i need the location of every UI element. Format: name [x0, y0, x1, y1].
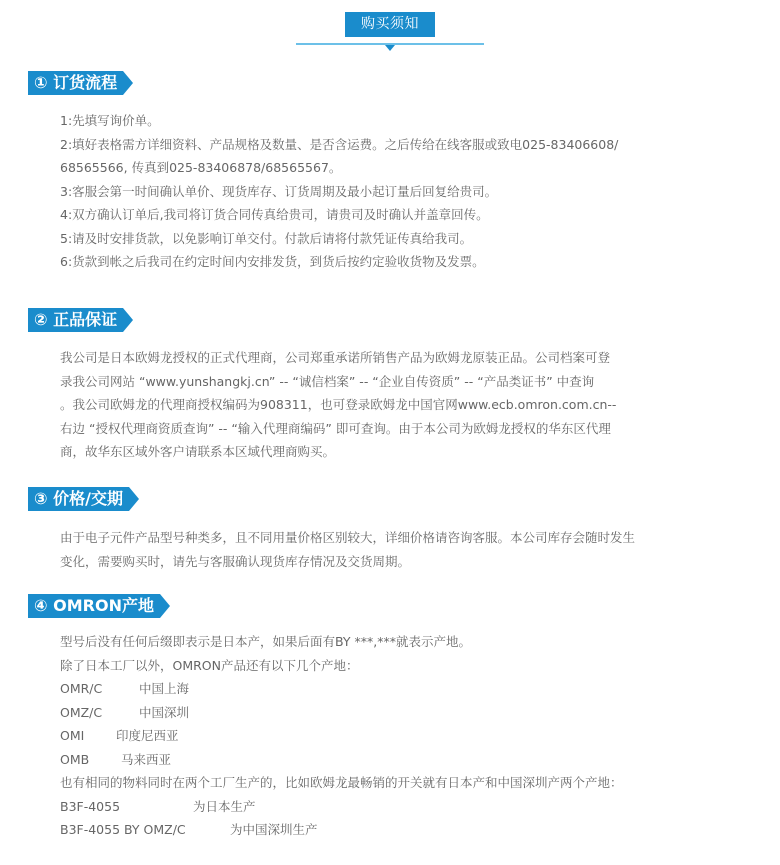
section-heading-authenticity: ② 正品保证	[28, 308, 123, 332]
section-body-authenticity: 我公司是日本欧姆龙授权的正式代理商，公司郑重承诺所销售产品为欧姆龙原装正品。公司…	[60, 346, 720, 464]
text-line: 4:双方确认订单后,我司将订货合同传真给贵司，请贵司及时确认并盖章回传。	[60, 203, 720, 227]
origin-code: OMI	[60, 724, 116, 748]
text-line: 型号后没有任何后缀即表示是日本产，如果后面有BY ***,***就表示产地。	[60, 630, 720, 654]
page-title-banner: 购买须知	[296, 12, 484, 52]
section-heading-price-delivery: ③ 价格/交期	[28, 487, 129, 511]
origin-place: 中国上海	[139, 677, 189, 701]
example-model: B3F-4055 BY OMZ/C	[60, 818, 230, 842]
section-heading-omron-origin: ④ OMRON产地	[28, 594, 160, 618]
origin-row: OMR/C中国上海	[60, 677, 720, 701]
origin-row: OMB马来西亚	[60, 748, 720, 772]
page-title: 购买须知	[345, 12, 435, 37]
section-heading-ordering-process: ① 订货流程	[28, 71, 123, 95]
text-line: 1:先填写询价单。	[60, 109, 720, 133]
text-line: 右边 “授权代理商资质查询” -- “输入代理商编码” 即可查询。由于本公司为欧…	[60, 417, 720, 441]
text-line: 变化，需要购买时，请先与客服确认现货库存情况及交货周期。	[60, 550, 720, 574]
section-body-omron-origin: 型号后没有任何后缀即表示是日本产，如果后面有BY ***,***就表示产地。 除…	[60, 630, 720, 842]
text-line: 我公司是日本欧姆龙授权的正式代理商，公司郑重承诺所销售产品为欧姆龙原装正品。公司…	[60, 346, 720, 370]
example-desc: 为中国深圳生产	[230, 818, 318, 842]
origin-place: 马来西亚	[121, 748, 171, 772]
example-model: B3F-4055	[60, 795, 193, 819]
text-line: 6:货款到帐之后我司在约定时间内安排发货，到货后按约定验收货物及发票。	[60, 250, 720, 274]
text-line: 由于电子元件产品型号种类多，且不同用量价格区别较大，详细价格请咨询客服。本公司库…	[60, 526, 720, 550]
origin-place: 印度尼西亚	[116, 724, 179, 748]
text-line: 。我公司欧姆龙的代理商授权编码为908311，也可登录欧姆龙中国官网www.ec…	[60, 393, 720, 417]
origin-place: 中国深圳	[139, 701, 189, 725]
example-row: B3F-4055 BY OMZ/C为中国深圳生产	[60, 818, 720, 842]
origin-code: OMZ/C	[60, 701, 139, 725]
origin-row: OMI印度尼西亚	[60, 724, 720, 748]
text-line: 商，故华东区域外客户请联系本区域代理商购买。	[60, 440, 720, 464]
text-line: 3:客服会第一时间确认单价、现货库存、订货周期及最小起订量后回复给贵司。	[60, 180, 720, 204]
text-line: 除了日本工厂以外，OMRON产品还有以下几个产地：	[60, 654, 720, 678]
text-line: 68565566, 传真到025-83406878/68565567。	[60, 156, 720, 180]
example-desc: 为日本生产	[193, 795, 256, 819]
section-body-price-delivery: 由于电子元件产品型号种类多，且不同用量价格区别较大，详细价格请咨询客服。本公司库…	[60, 526, 720, 573]
origin-code: OMB	[60, 748, 121, 772]
example-row: B3F-4055为日本生产	[60, 795, 720, 819]
origin-row: OMZ/C中国深圳	[60, 701, 720, 725]
text-line: 5:请及时安排货款，以免影响订单交付。付款后请将付款凭证传真给我司。	[60, 227, 720, 251]
text-line: 也有相同的物料同时在两个工厂生产的，比如欧姆龙最畅销的开关就有日本产和中国深圳产…	[60, 771, 720, 795]
text-line: 2:填好表格需方详细资料、产品规格及数量、是否含运费。之后传给在线客服或致电02…	[60, 133, 720, 157]
text-line: 录我公司网站 “www.yunshangkj.cn” -- “诚信档案” -- …	[60, 370, 720, 394]
triangle-down-icon	[385, 45, 395, 51]
section-body-ordering-process: 1:先填写询价单。 2:填好表格需方详细资料、产品规格及数量、是否含运费。之后传…	[60, 109, 720, 274]
origin-code: OMR/C	[60, 677, 139, 701]
